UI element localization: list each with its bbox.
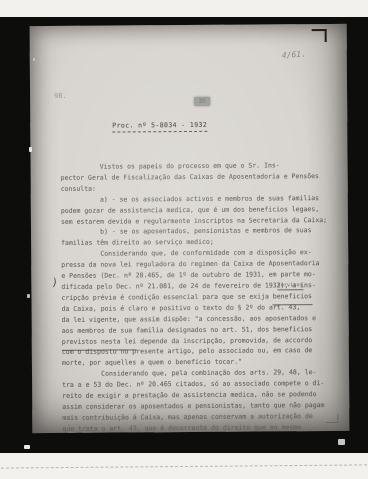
corner-registration-mark-top-right xyxy=(312,29,327,42)
document-body: Vistos os papeis do processo em que o Sr… xyxy=(61,160,339,435)
film-speck xyxy=(29,147,32,152)
paragraph-item-a: a) - se os associados activos e membros … xyxy=(61,193,337,228)
microfilm-photo: 4/61. 98. 35 Proc. nº 5-8034 - 1932 Vist… xyxy=(0,0,368,479)
film-speck xyxy=(24,445,30,449)
film-speck xyxy=(338,439,345,445)
paragraph-considerando-2: Considerando que, pela combinação dos ar… xyxy=(62,367,338,434)
paragraph-intro: Vistos os papeis do processo em que o Sr… xyxy=(61,160,337,195)
page-margin-number: 98. xyxy=(54,92,67,100)
film-strip-bottom xyxy=(0,453,368,479)
paragraph-considerando-1: Considerando que, de conformidade com a … xyxy=(61,247,338,369)
film-splice-line xyxy=(0,464,368,468)
document-page: 4/61. 98. 35 Proc. nº 5-8034 - 1932 Vist… xyxy=(30,24,350,433)
margin-pen-mark: ) xyxy=(51,276,59,290)
film-speck xyxy=(33,58,35,61)
paragraph-item-b: b) - se os aposentados, pensionistas e m… xyxy=(61,225,337,249)
film-frame-number: 4/61. xyxy=(282,50,307,60)
film-strip-top xyxy=(0,0,368,17)
page-number-stamp: 35 xyxy=(194,97,210,106)
process-title: Proc. nº 5-8034 - 1932 xyxy=(112,121,207,133)
handwritten-insertion: serviços xyxy=(277,282,303,290)
film-speck xyxy=(27,294,30,298)
